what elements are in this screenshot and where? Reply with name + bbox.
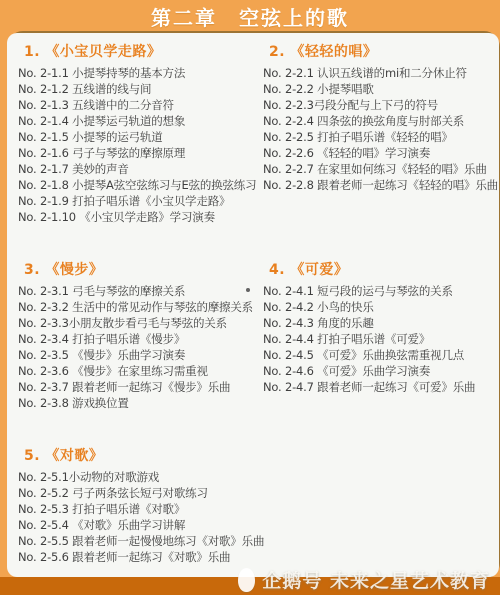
page-frame: 第二章 空弦上的歌 1. 《小宝贝学走路》 No. 2-1.1 小提琴持琴的基本…: [0, 0, 500, 595]
toc-item: No. 2-4.1 短弓段的运弓与琴弦的关系: [263, 283, 498, 299]
toc-item: No. 2-4.2 小鸟的快乐: [263, 299, 498, 315]
section-title: 4. 《可爱》: [269, 261, 498, 279]
watermark-label: 企鹅号 未来之星艺术教育: [262, 566, 490, 593]
toc-item: No. 2-5.4 《对歌》乐曲学习讲解: [18, 517, 258, 533]
toc-item: No. 2-4.5 《可爱》乐曲换弦需重视几点: [263, 347, 498, 363]
toc-item: No. 2-3.5 《慢步》乐曲学习演奏: [18, 347, 258, 363]
section-item-list: No. 2-3.1 弓毛与琴弦的摩擦关系No. 2-3.2 生活中的常见动作与琴…: [18, 283, 258, 411]
toc-item: No. 2-1.6 弓子与琴弦的摩擦原理: [18, 145, 258, 161]
toc-item: No. 2-3.7 跟着老师一起练习《慢步》乐曲: [18, 379, 258, 395]
section-title: 5. 《对歌》: [24, 447, 258, 465]
toc-section-5: 5. 《对歌》 No. 2-5.1小动物的对歌游戏No. 2-5.2 弓子两条弦…: [18, 447, 258, 565]
toc-item: No. 2-1.9 打拍子唱乐谱《小宝贝学走路》: [18, 193, 258, 209]
watermark: 企鹅号 未来之星艺术教育: [238, 566, 490, 593]
stray-dot: [246, 288, 250, 292]
toc-item: No. 2-1.4 小提琴运弓轨道的想象: [18, 113, 258, 129]
toc-item: No. 2-1.10 《小宝贝学走路》学习演奏: [18, 209, 258, 225]
header-band: 第二章 空弦上的歌: [0, 0, 500, 33]
toc-section-3: 3. 《慢步》 No. 2-3.1 弓毛与琴弦的摩擦关系No. 2-3.2 生活…: [18, 261, 258, 411]
toc-section-1: 1. 《小宝贝学走路》 No. 2-1.1 小提琴持琴的基本方法No. 2-1.…: [18, 43, 258, 225]
toc-section-2: 2. 《轻轻的唱》 No. 2-2.1 认识五线谱的mi和二分休止符No. 2-…: [263, 43, 498, 193]
toc-item: No. 2-5.2 弓子两条弦长短弓对歌练习: [18, 485, 258, 501]
toc-item: No. 2-5.5 跟着老师一起慢慢地练习《对歌》乐曲: [18, 533, 258, 549]
toc-item: No. 2-4.4 打拍子唱乐谱《可爱》: [263, 331, 498, 347]
toc-item: No. 2-2.6 《轻轻的唱》学习演奏: [263, 145, 498, 161]
toc-item: No. 2-1.1 小提琴持琴的基本方法: [18, 65, 258, 81]
toc-item: No. 2-3.8 游戏换位置: [18, 395, 258, 411]
toc-item: No. 2-2.8 跟着老师一起练习《轻轻的唱》乐曲: [263, 177, 498, 193]
content-card: 1. 《小宝贝学走路》 No. 2-1.1 小提琴持琴的基本方法No. 2-1.…: [7, 33, 499, 577]
toc-grid: 1. 《小宝贝学走路》 No. 2-1.1 小提琴持琴的基本方法No. 2-1.…: [18, 43, 495, 565]
section-item-list: No. 2-5.1小动物的对歌游戏No. 2-5.2 弓子两条弦长短弓对歌练习N…: [18, 469, 258, 565]
section-title: 1. 《小宝贝学走路》: [24, 43, 258, 61]
toc-item: No. 2-2.2 小提琴唱歌: [263, 81, 498, 97]
page-title: 第二章 空弦上的歌: [151, 2, 349, 31]
toc-item: No. 2-2.1 认识五线谱的mi和二分休止符: [263, 65, 498, 81]
toc-item: No. 2-1.5 小提琴的运弓轨道: [18, 129, 258, 145]
section-title: 3. 《慢步》: [24, 261, 258, 279]
toc-item: No. 2-2.4 四条弦的换弦角度与肘部关系: [263, 113, 498, 129]
section-item-list: No. 2-1.1 小提琴持琴的基本方法No. 2-1.2 五线谱的线与间No.…: [18, 65, 258, 225]
section-title: 2. 《轻轻的唱》: [269, 43, 498, 61]
toc-item: No. 2-4.3 角度的乐趣: [263, 315, 498, 331]
toc-item: No. 2-3.4 打拍子唱乐谱《慢步》: [18, 331, 258, 347]
penguin-icon: [238, 568, 255, 592]
toc-section-4: 4. 《可爱》 No. 2-4.1 短弓段的运弓与琴弦的关系No. 2-4.2 …: [263, 261, 498, 395]
section-item-list: No. 2-4.1 短弓段的运弓与琴弦的关系No. 2-4.2 小鸟的快乐No.…: [263, 283, 498, 395]
toc-item: No. 2-3.6 《慢步》在家里练习需重视: [18, 363, 258, 379]
toc-item: No. 2-1.7 美妙的声音: [18, 161, 258, 177]
toc-item: No. 2-1.3 五线谱中的二分音符: [18, 97, 258, 113]
toc-item: No. 2-3.1 弓毛与琴弦的摩擦关系: [18, 283, 258, 299]
toc-item: No. 2-1.8 小提琴A弦空弦练习与E弦的换弦练习: [18, 177, 258, 193]
section-item-list: No. 2-2.1 认识五线谱的mi和二分休止符No. 2-2.2 小提琴唱歌N…: [263, 65, 498, 193]
toc-item: No. 2-4.7 跟着老师一起练习《可爱》乐曲: [263, 379, 498, 395]
toc-item: No. 2-3.3小朋友散步看弓毛与琴弦的关系: [18, 315, 258, 331]
toc-item: No. 2-4.6 《可爱》乐曲学习演奏: [263, 363, 498, 379]
toc-item: No. 2-5.6 跟着老师一起练习《对歌》乐曲: [18, 549, 258, 565]
toc-item: No. 2-2.7 在家里如何练习《轻轻的唱》乐曲: [263, 161, 498, 177]
toc-item: No. 2-1.2 五线谱的线与间: [18, 81, 258, 97]
toc-item: No. 2-3.2 生活中的常见动作与琴弦的摩擦关系: [18, 299, 258, 315]
toc-item: No. 2-2.3弓段分配与上下弓的符号: [263, 97, 498, 113]
toc-item: No. 2-5.3 打拍子唱乐谱《对歌》: [18, 501, 258, 517]
toc-item: No. 2-2.5 打拍子唱乐谱《轻轻的唱》: [263, 129, 498, 145]
toc-item: No. 2-5.1小动物的对歌游戏: [18, 469, 258, 485]
